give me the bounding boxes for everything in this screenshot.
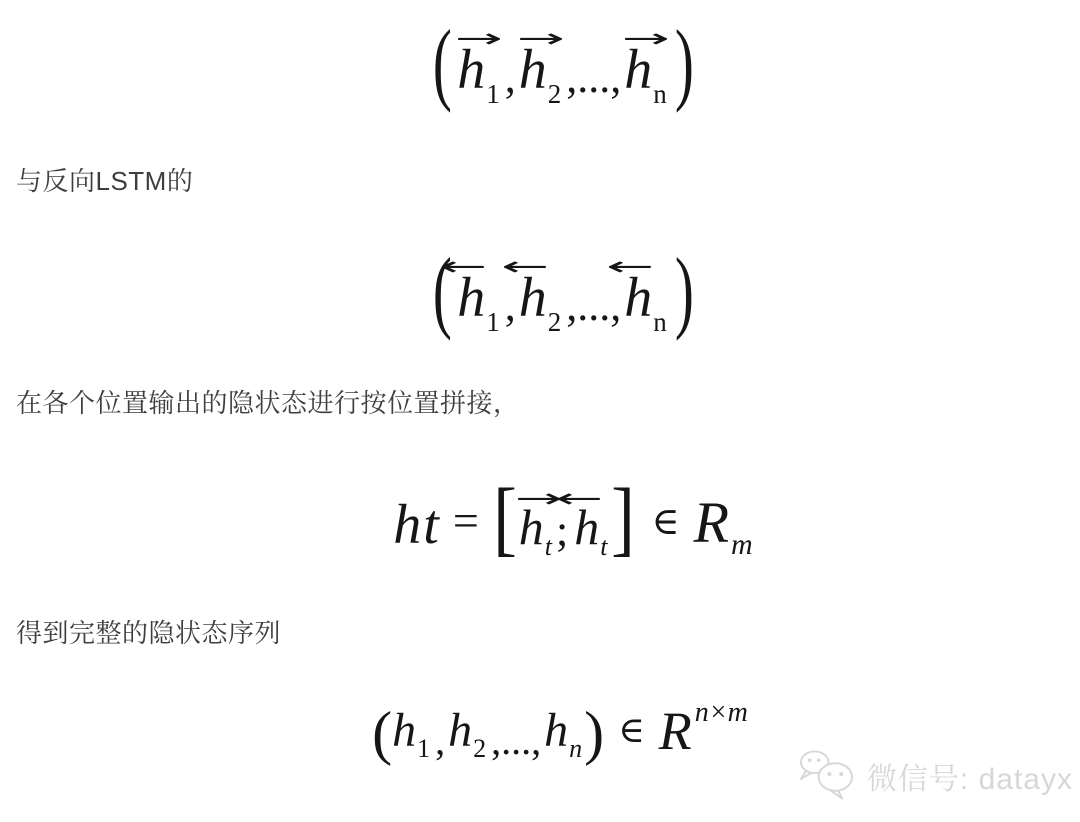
open-bracket: [: [493, 477, 517, 561]
comma: ,: [435, 721, 445, 761]
subscript-m: m: [731, 530, 753, 560]
right-arrow-icon: →: [517, 26, 565, 42]
close-paren: ): [675, 16, 694, 108]
math-var-h: h: [392, 707, 416, 755]
subscript-n: n: [653, 309, 667, 336]
right-arrow-icon: →: [622, 26, 670, 42]
formula-backward-hidden-sequence: ( ← h 1 , ← h 2 ,..., ← h n ): [418, 236, 708, 344]
subscript-2: 2: [548, 81, 562, 108]
wechat-icon: [798, 749, 857, 803]
ellipsis: ,...,: [566, 56, 621, 100]
subscript-n: n: [569, 736, 582, 762]
math-var-ht: ht: [393, 497, 441, 553]
wechat-watermark: 微信号: datayx: [798, 740, 1073, 812]
formula-full-hidden-state-sequence: ( h 1 , h 2 ,..., h n ) ∈ R n×m: [335, 692, 785, 770]
math-var-R: R: [659, 704, 692, 758]
math-var-R: R: [694, 494, 729, 552]
vector-h2-forward: → h: [519, 26, 547, 98]
paragraph-concat-description: 在各个位置输出的隐状态进行按位置拼接，: [16, 388, 520, 419]
vector-hn-forward: → h: [624, 26, 652, 98]
formula-concatenated-hidden-state: ht = [ → h t ; ← h t ] ∈ R m: [378, 465, 768, 573]
left-arrow-icon: ←: [606, 254, 654, 270]
subscript-1: 1: [417, 736, 430, 762]
paragraph-backward-lstm-intro: 与反向LSTM的: [16, 166, 193, 197]
subscript-1: 1: [486, 81, 500, 108]
comma: ,: [505, 56, 516, 100]
semicolon: ;: [556, 509, 568, 553]
subscript-2: 2: [548, 309, 562, 336]
equals-sign: =: [453, 498, 479, 544]
open-paren: (: [372, 703, 392, 763]
vector-hn-backward: ← h: [624, 254, 652, 326]
math-var-h: h: [448, 707, 472, 755]
subscript-1: 1: [486, 309, 500, 336]
ellipsis: ,...,: [566, 284, 621, 328]
vector-h1-backward: ← h: [457, 254, 485, 326]
article-page: ( → h 1 , → h 2 ,..., → h n ) 与反向LSTM的 (…: [0, 0, 1080, 822]
element-of-symbol: ∈: [651, 502, 679, 540]
right-arrow-icon: →: [455, 26, 503, 42]
subscript-2: 2: [473, 736, 486, 762]
paragraph-full-sequence-intro: 得到完整的隐状态序列: [16, 618, 281, 649]
ellipsis: ,...,: [491, 721, 541, 761]
formula-forward-hidden-sequence: ( → h 1 , → h 2 ,..., → h n ): [418, 8, 708, 116]
comma: ,: [505, 284, 516, 328]
subscript-n: n: [653, 81, 667, 108]
left-arrow-icon: ←: [555, 486, 603, 502]
math-var-h: h: [544, 707, 568, 755]
superscript-nxm: n×m: [695, 699, 748, 727]
wechat-id-label: 微信号: datayx: [867, 754, 1073, 798]
close-paren: ): [675, 244, 694, 336]
close-paren: ): [584, 703, 604, 763]
close-bracket: ]: [612, 477, 636, 561]
element-of-symbol: ∈: [618, 713, 645, 749]
left-arrow-icon: ←: [501, 254, 549, 270]
subscript-t: t: [545, 534, 552, 560]
subscript-t: t: [600, 534, 607, 560]
vector-h2-backward: ← h: [519, 254, 547, 326]
left-arrow-icon: ←: [439, 254, 487, 270]
vector-ht-backward: ← h: [574, 486, 599, 552]
open-paren: (: [432, 16, 451, 108]
vector-h1-forward: → h: [457, 26, 485, 98]
vector-ht-forward: → h: [519, 486, 544, 552]
